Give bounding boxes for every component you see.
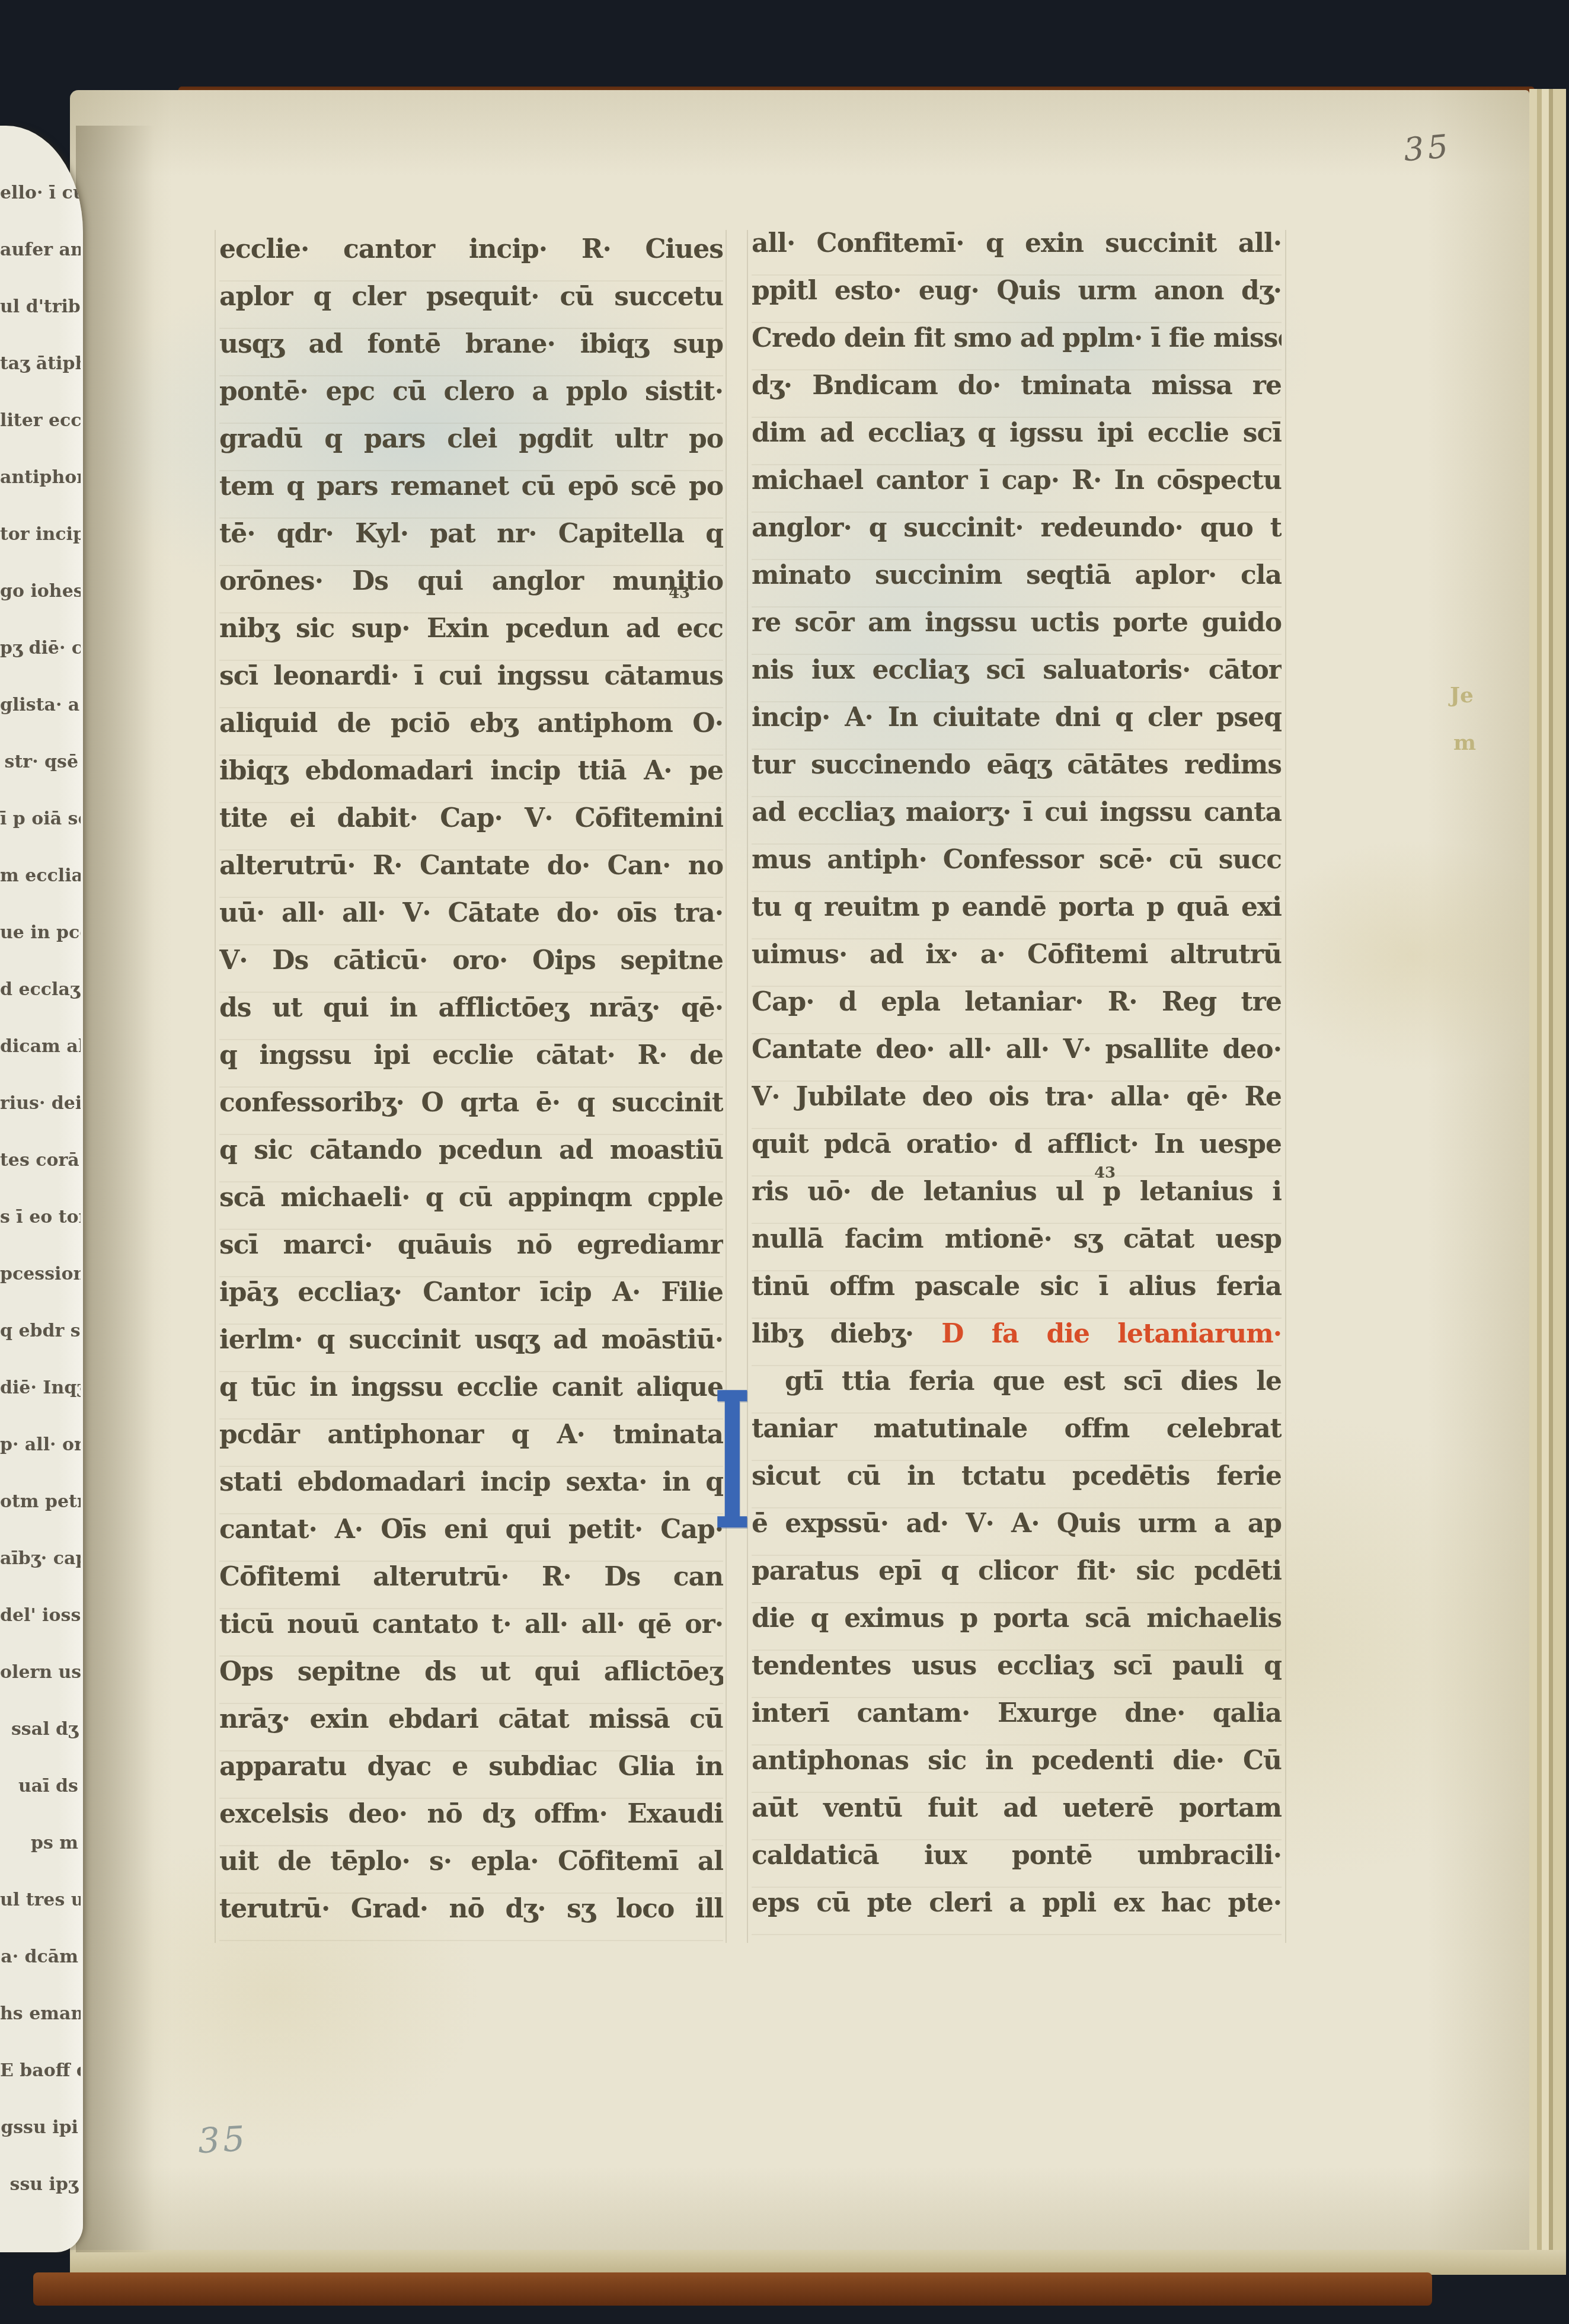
column-rule-right-inner: [747, 230, 748, 1943]
text-line: pcessionali: [0, 1264, 81, 1321]
text-line: gradū q pars clei pgdit ultr po: [219, 424, 723, 471]
text-line: uū· all· all· V· Cātate do· oīs tra·: [219, 898, 723, 945]
text-line: dicam aliq: [0, 1036, 81, 1093]
text-line: scī marci· quāuis nō egrediamr: [219, 1230, 723, 1277]
text-line: excelsis deo· nō dʒ offm· Exaudi: [219, 1799, 723, 1846]
text-line: m ecclia ci: [0, 865, 81, 922]
text-line: q ebdr scam: [0, 1321, 81, 1377]
text-line: ue in pcessio: [0, 922, 81, 979]
text-span: libʒ diebʒ·: [752, 1319, 941, 1349]
text-line: pʒ diē· cu: [0, 638, 81, 695]
text-line: michael cantor ī cap· R· In cōspectu: [752, 465, 1282, 513]
text-line: re scōr am ingssu uctis porte guido: [752, 608, 1282, 655]
text-line: d ecclaʒ bn: [0, 979, 81, 1036]
text-line: uaī ds: [0, 1776, 81, 1833]
text-line: rius· deinde: [0, 1093, 81, 1150]
text-line: gtī ttia feria que est scī dies le: [752, 1366, 1282, 1414]
text-line: Cap· d epla letaniar· R· Reg tre: [752, 987, 1282, 1034]
text-line: tem q pars remanet cū epō scē po: [219, 471, 723, 519]
binding-leather-bottom: [33, 2272, 1432, 2306]
text-line: del' ioss: [0, 1605, 81, 1662]
text-line: ē expssū· ad· V· A· Quis urm a ap: [752, 1508, 1282, 1556]
text-line: ī p oiā scla: [0, 808, 81, 865]
text-line: diē· Inqʒ ē: [0, 1377, 81, 1434]
text-line: paratus epī q clicor fit· sic pcdēti: [752, 1556, 1282, 1603]
text-line: V· Ds cāticū· oro· Oips sepitne: [219, 945, 723, 993]
text-line: q tūc in ingssu ecclie canit alique: [219, 1372, 723, 1420]
text-line: sicut cū in tctatu pcedētis ferie: [752, 1461, 1282, 1508]
text-line: ad eccliaʒ maiorʒ· ī cui ingssu canta: [752, 797, 1282, 845]
text-line: uit de tēplo· s· epla· Cōfitemī al: [219, 1846, 723, 1894]
text-line: antiphonas sic in pcedenti die· Cū: [752, 1746, 1282, 1793]
text-line: hs emane: [0, 2003, 81, 2060]
previous-folio-text: ello· ī cuiaufer antul d'tributaʒ ātiphi…: [0, 183, 81, 2231]
text-line: ssu ipʒ: [0, 2174, 81, 2231]
text-line: ul d'tribu: [0, 296, 81, 353]
text-line: tes corā a: [0, 1150, 81, 1207]
text-line: ierlm· q succinit usqʒ ad moāstiū·: [219, 1325, 723, 1372]
text-line: dim ad eccliaʒ q igssu ipi ecclie scī: [752, 418, 1282, 465]
text-line: str· qsē: [0, 752, 81, 808]
text-line: glista· a: [0, 695, 81, 752]
column-rule-right-outer: [1285, 230, 1286, 1943]
text-line: pcdār antiphonar q A· tminata: [219, 1420, 723, 1467]
text-line: q ingssu ipi ecclie cātat· R· de: [219, 1040, 723, 1088]
text-line: uimus· ad ix· a· Cōfitemi altrutrū: [752, 939, 1282, 987]
faded-marginal-note-1: Je: [1450, 683, 1474, 708]
page-edges-right: [1529, 89, 1566, 2265]
text-line: go iohes· q: [0, 581, 81, 638]
text-column-right: all· Confitemī· q exin succinit all·ppit…: [752, 228, 1282, 1935]
text-line: gssu ipi: [0, 2117, 81, 2174]
text-line: cantat· A· Oīs eni qui petit· Cap·: [219, 1514, 723, 1562]
text-line: ticū nouū cantato t· all· all· qē or·: [219, 1609, 723, 1657]
text-line: tor incip· a: [0, 524, 81, 581]
text-line: nis iux eccliaʒ scī saluatoris· cātor: [752, 655, 1282, 702]
text-line: pontē· epc cū clero a pplo sistit·: [219, 376, 723, 424]
text-line: anglor· q succinit· redeundo· quo t: [752, 513, 1282, 560]
text-line: p· all· oren: [0, 1434, 81, 1491]
text-line: tē· qdr· Kyl· pat nr· Capitella q: [219, 519, 723, 566]
folio-number-top: 35: [1402, 127, 1453, 169]
text-line: stati ebdomadari incip sexta· in q: [219, 1467, 723, 1514]
text-line: taʒ ātiphi: [0, 353, 81, 410]
text-line: tur succinendo eāqʒ cātātes redims: [752, 750, 1282, 797]
text-line: alterutrū· R· Cantate do· Can· no: [219, 851, 723, 898]
text-line: minato succinim seqtiā aplor· cla: [752, 560, 1282, 608]
text-line: caldaticā iux pontē umbracili·: [752, 1840, 1282, 1888]
text-line: mus antiph· Confessor scē· cū succ: [752, 845, 1282, 892]
faded-marginal-note-2: m: [1453, 730, 1476, 755]
text-line: eps cū pte cleri a ppli ex hac pte·: [752, 1888, 1282, 1935]
text-line: E baoff d: [0, 2060, 81, 2117]
text-line: aplor q cler psequit· cū succetu: [219, 282, 723, 329]
text-line: ipāʒ eccliaʒ· Cantor īcip A· Filie: [219, 1277, 723, 1325]
text-line: tendentes usus eccliaʒ scī pauli q: [752, 1651, 1282, 1698]
text-line: all· Confitemī· q exin succinit all·: [752, 228, 1282, 276]
text-line: a· dcām: [0, 1946, 81, 2003]
text-line: confessoribʒ· O qrta ē· q succinit: [219, 1088, 723, 1135]
text-line: orōnes· Ds qui anglor munitio: [219, 566, 723, 613]
interlinear-reference-left: 43: [669, 584, 690, 602]
text-line: Ops sepitne ds ut qui aflictōeʒ: [219, 1657, 723, 1704]
text-line: ssal dʒ: [0, 1719, 81, 1776]
text-line: ello· ī cui: [0, 183, 81, 239]
text-line: taniar matutinale offm celebrat: [752, 1414, 1282, 1461]
text-line: apparatu dyac e subdiac Glia in: [219, 1751, 723, 1799]
text-line: aufer ant: [0, 239, 81, 296]
text-line: Cōfitemi alterutrū· R· Ds can: [219, 1562, 723, 1609]
text-line: scī leonardi· ī cui ingssu cātamus: [219, 661, 723, 708]
text-line: s ī eo tona: [0, 1207, 81, 1264]
text-line: otm petri ā: [0, 1491, 81, 1548]
folio-number-bottom-pencil: 35: [197, 2118, 248, 2161]
text-line: terutrū· Grad· nō dʒ· sʒ loco ill: [219, 1894, 723, 1941]
text-line: tite ei dabit· Cap· V· Cōfitemini: [219, 803, 723, 851]
text-line: ris uō· de letanius ul p letanius i: [752, 1177, 1282, 1224]
text-line: ul tres u: [0, 1890, 81, 1946]
text-line: tinū offm pascale sic ī alius feria: [752, 1271, 1282, 1319]
column-rule-left-outer: [215, 230, 216, 1943]
page-edges-bottom: [70, 2250, 1566, 2275]
gutter-shadow: [76, 126, 177, 2252]
column-rule-left-inner: [726, 230, 727, 1943]
text-line: Credo dein fit smo ad pplm· ī fie misse: [752, 323, 1282, 370]
text-line: liter ecclie: [0, 410, 81, 467]
text-line: nrāʒ· exin ebdari cātat missā cū: [219, 1704, 723, 1751]
text-line: libʒ diebʒ· D fa die letaniarum·: [752, 1319, 1282, 1366]
text-line: incip· A· In ciuitate dni q cler pseq: [752, 702, 1282, 750]
text-line: usqʒ ad fontē brane· ibiqʒ sup: [219, 329, 723, 376]
text-column-left: ecclie· cantor incip· R· Ciuesaplor q cl…: [219, 234, 723, 1941]
text-line: ibiqʒ ebdomadari incip ttiā A· pe: [219, 756, 723, 803]
illuminated-initial-I: I: [714, 1376, 731, 1554]
text-line: ps m: [0, 1833, 81, 1890]
text-line: scā michaeli· q cū appinqm cpple: [219, 1182, 723, 1230]
previous-folio-edge: ello· ī cuiaufer antul d'tributaʒ ātiphi…: [0, 126, 83, 2252]
text-line: olern usqʒ: [0, 1662, 81, 1719]
text-line: interī cantam· Exurge dne· qalia: [752, 1698, 1282, 1746]
text-line: dʒ· Bndicam do· tminata missa re: [752, 370, 1282, 418]
text-line: q sic cātando pcedun ad moastiū: [219, 1135, 723, 1182]
text-line: ds ut qui in afflictōeʒ nrāʒ· qē·: [219, 993, 723, 1040]
text-line: quit pdcā oratio· d afflict· In uespe: [752, 1129, 1282, 1177]
manuscript-photo: ello· ī cuiaufer antul d'tributaʒ ātiphi…: [0, 0, 1569, 2324]
text-line: ecclie· cantor incip· R· Ciues: [219, 234, 723, 282]
text-line: ppitl esto· eug· Quis urm anon dʒ·: [752, 276, 1282, 323]
text-line: antiphona: [0, 467, 81, 524]
text-line: Cantate deo· all· all· V· psallite deo·: [752, 1034, 1282, 1082]
interlinear-reference-right: 43: [1094, 1164, 1116, 1182]
text-line: V· Jubilate deo ois tra· alla· qē· Re: [752, 1082, 1282, 1129]
text-line: aliquid de pciō ebʒ antiphom O·: [219, 708, 723, 756]
text-line: aūt ventū fuit ad ueterē portam: [752, 1793, 1282, 1840]
text-line: die q eximus p porta scā michaelis: [752, 1603, 1282, 1651]
text-line: aībʒ· cap: [0, 1548, 81, 1605]
text-line: nibʒ sic sup· Exin pcedun ad ecc: [219, 613, 723, 661]
text-line: tu q reuitm p eandē porta p quā exi: [752, 892, 1282, 939]
text-line: nullā facim mtionē· sʒ cātat uesp: [752, 1224, 1282, 1271]
rubric-heading: D fa die letaniarum·: [941, 1319, 1282, 1349]
